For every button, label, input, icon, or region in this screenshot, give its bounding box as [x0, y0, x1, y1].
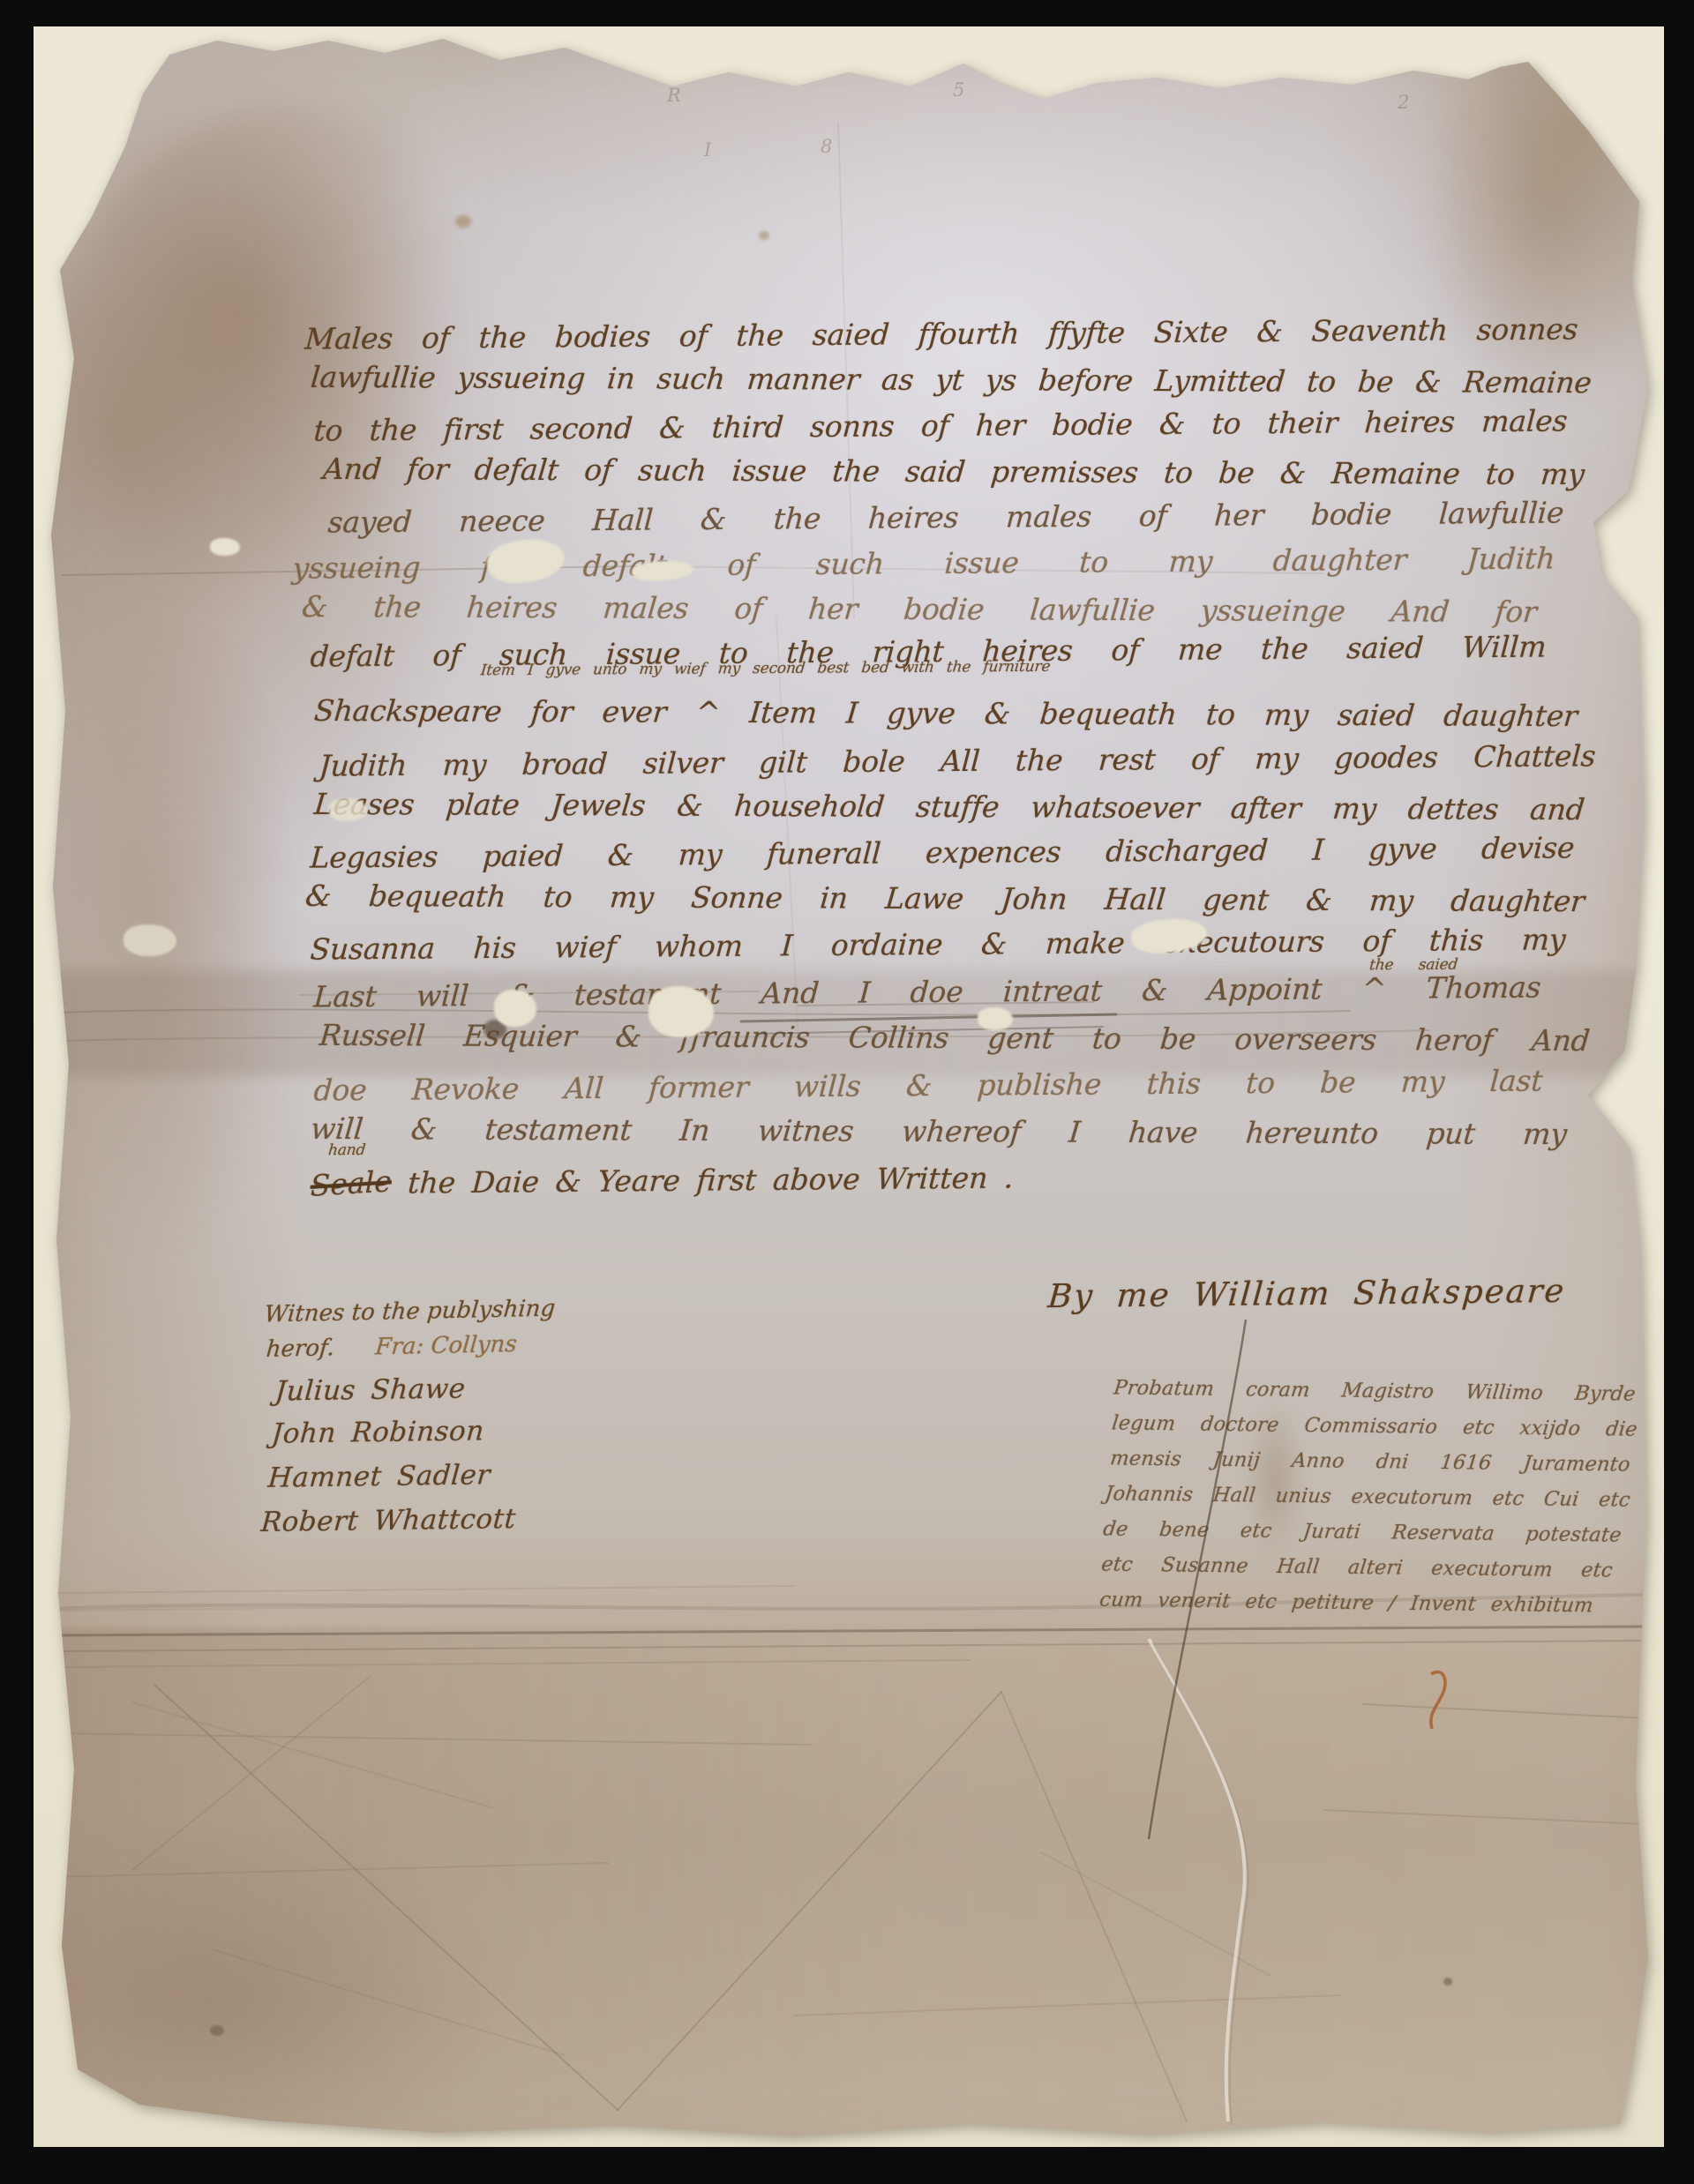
will-line-13: & bequeath to my Sonne in Lawe John Hall…: [304, 881, 1586, 917]
probate-line-4: Johannis Hall unius executorum etc Cui e…: [1104, 1484, 1631, 1511]
damage-hole-4: [1129, 916, 1209, 957]
damage-hole-6: [494, 990, 536, 1027]
witness-signature-julius-shawe: Julius Shawe: [274, 1374, 467, 1406]
faint-mark-2: 5: [953, 79, 964, 101]
damage-hole-8: [328, 798, 367, 821]
orange-mark: [1431, 1672, 1445, 1729]
struck-word-seale: Seale: [311, 1166, 392, 1201]
will-line-18: will & testament In witnes whereof I hav…: [310, 1114, 1569, 1150]
will-final-line: Seale the Daie & Yeare first above Writt…: [310, 1163, 1015, 1200]
ink-smudge-signature: [1235, 1376, 1315, 1579]
witness-herof: herof.: [266, 1335, 336, 1363]
final-line-text: the Daie & Yeare first above Written .: [407, 1161, 1015, 1200]
fleck-bottom-left: [210, 2025, 224, 2036]
will-line-12: Legasies paied & my funerall expences di…: [310, 833, 1576, 873]
witness-signature-john-robinson: John Robinson: [271, 1417, 485, 1448]
probate-pen-stroke: [1149, 1320, 1246, 1839]
stain-left-band: [35, 565, 335, 1288]
interlineation-hand: hand: [327, 1143, 380, 1159]
will-line-10: Judith my broad silver gilt bole All the…: [319, 741, 1597, 782]
interlineation-second-best-bed: Item I gyve unto my wief my second best …: [480, 660, 1051, 679]
will-line-9: Shackspeare for ever ^ Item I gyve & beq…: [313, 696, 1579, 732]
faint-mark-4: 8: [821, 136, 832, 157]
will-line-16: Russell Esquier & ffrauncis Collins gent…: [319, 1021, 1592, 1057]
probate-line-5: de bene etc Jurati Reservata potestate: [1102, 1519, 1623, 1546]
paper-shadow: R 5 I 8 2 Males of the bodies of the sai…: [0, 0, 1694, 2184]
witness-signature-robert-whattcott: Robert Whattcott: [260, 1505, 517, 1537]
damage-hole-3: [631, 559, 693, 583]
will-line-5: sayed neece Hall & the heires males of h…: [327, 498, 1565, 539]
will-line-17: doe Revoke All former wills & publishe t…: [313, 1066, 1544, 1107]
will-line-8: defalt of such issue to the right heires…: [310, 632, 1548, 673]
will-line-11: Leases plate Jewels & household stuffe w…: [313, 789, 1586, 826]
will-line-14: Susanna his wief whom I ordaine & make e…: [310, 924, 1567, 965]
ink-blot: [483, 1020, 506, 1039]
parchment-page: R 5 I 8 2 Males of the bodies of the sai…: [0, 0, 1694, 2184]
will-line-4: And for defalt of such issue the said pr…: [322, 454, 1586, 490]
faint-mark-5: 2: [1398, 92, 1409, 113]
rust-spot-1: [455, 215, 471, 228]
faint-mark-1: R: [667, 85, 681, 106]
manuscript-photograph: R 5 I 8 2 Males of the bodies of the sai…: [0, 0, 1694, 2184]
shakespeare-signature: By me William Shakspeare: [1046, 1275, 1567, 1314]
damage-hole-9: [124, 924, 176, 956]
will-line-6: yssueing for defalt of such issue to my …: [292, 543, 1556, 584]
stain-top-left: [53, 106, 512, 706]
stain-fold-band: [44, 970, 1650, 1076]
crease-and-fold-lines: [0, 0, 1694, 2184]
will-line-1: Males of the bodies of the saied ffourth…: [304, 314, 1579, 355]
bottom-left-shading: [35, 1835, 529, 2135]
stain-top-right-corner: [1376, 53, 1659, 547]
witness-heading: Witnes to the publyshing: [264, 1298, 557, 1328]
will-line-7: & the heires males of her bodie lawfulli…: [301, 592, 1539, 628]
damage-hole-1: [484, 535, 567, 587]
probate-line-2: legum doctore Commissario etc xxijdo die: [1111, 1413, 1638, 1440]
probate-line-1: Probatum coram Magistro Willimo Byrde: [1113, 1378, 1637, 1405]
witness-fra-collyns: Fra: Collyns: [374, 1331, 518, 1360]
will-line-15: Last will & testament And I doe intreat …: [313, 973, 1542, 1013]
witness-signature-hamnet-sadler: Hamnet Sadler: [267, 1461, 491, 1492]
probate-line-6: etc Susanne Hall alteri executorum etc: [1100, 1554, 1614, 1582]
witness-subheading: herof. Fra: Collyns: [266, 1333, 518, 1362]
rust-spot-2: [759, 231, 769, 240]
lower-blank-section: [35, 1628, 1659, 2140]
interlineation-the-saied: the saied: [1368, 958, 1458, 975]
damage-hole-2: [210, 538, 240, 556]
faint-mark-3: I: [704, 139, 711, 161]
damage-hole-7: [978, 1007, 1013, 1030]
probate-line-3: mensis Junij Anno dni 1616 Juramento: [1109, 1448, 1631, 1476]
white-crack: [1149, 1639, 1245, 2121]
will-line-2: lawfullie yssueing in such manner as yt …: [310, 363, 1593, 399]
fleck-bottom-right: [1443, 1978, 1452, 1986]
damage-hole-5: [648, 986, 714, 1037]
probate-line-7: cum venerit etc petiture / Invent exhibi…: [1098, 1590, 1594, 1617]
will-line-3: to the first second & third sonns of her…: [313, 406, 1569, 446]
